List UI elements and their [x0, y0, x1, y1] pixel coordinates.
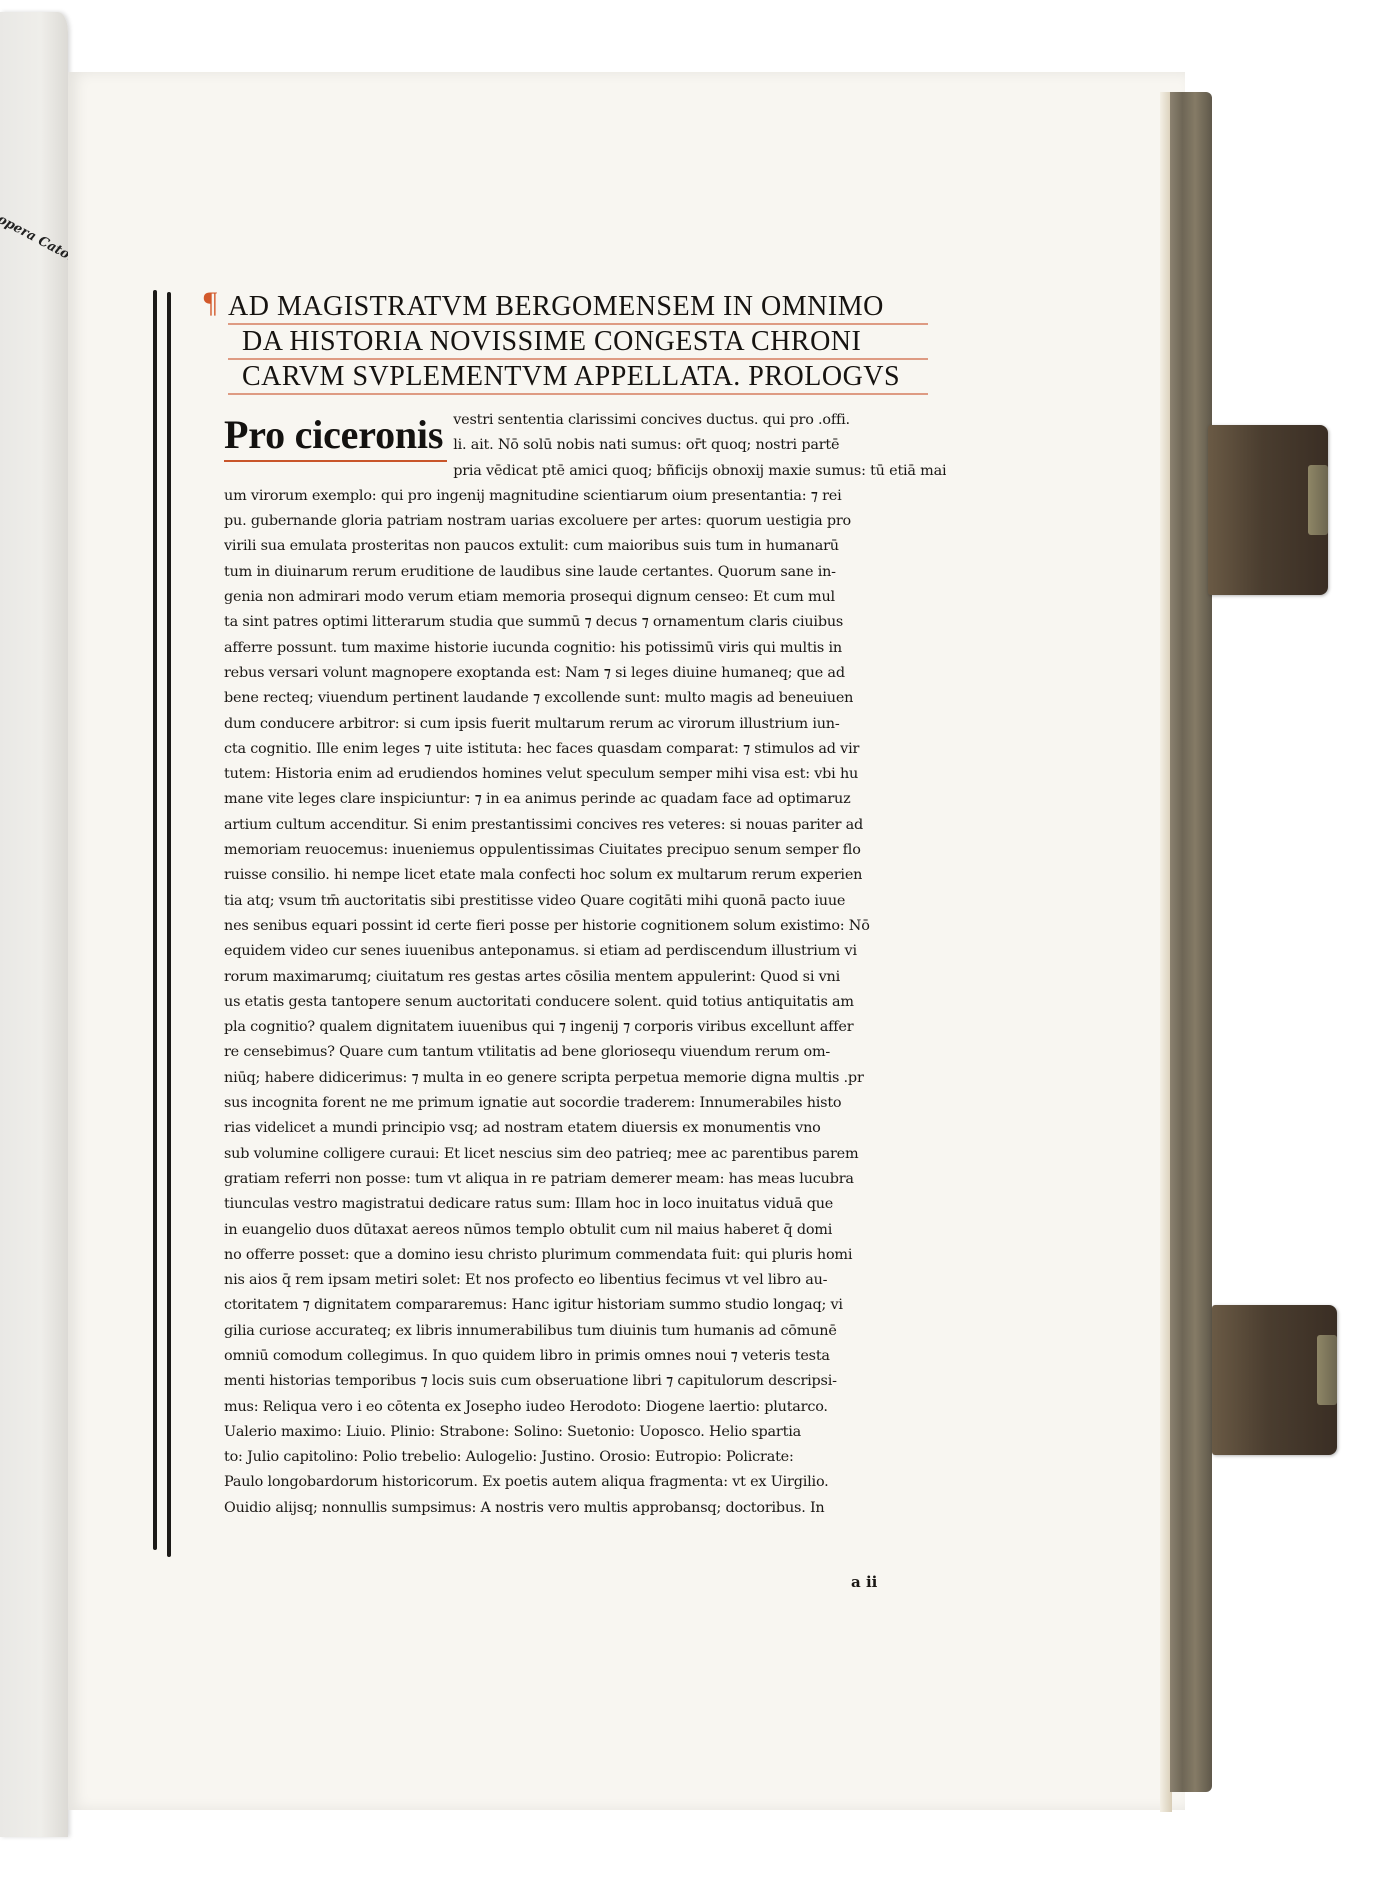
text-line: sub volumine colligere curaui: Et licet … — [224, 1142, 946, 1167]
text-line: niūq; habere didicerimus: ⁊ multa in eo … — [224, 1066, 946, 1091]
text-line: tutem: Historia enim ad erudiendos homin… — [224, 762, 946, 787]
margin-rule-left — [153, 290, 157, 1550]
text-line: tiunculas vestro magistratui dedicare ra… — [224, 1192, 946, 1217]
text-line: li. ait. Nō solū nobis nati sumus: or̄t … — [453, 433, 946, 458]
text-line: mus: Reliqua vero i eo cōtenta ex Joseph… — [224, 1395, 946, 1420]
text-line: us etatis gesta tantopere senum auctorit… — [224, 990, 946, 1015]
text-line: pu. gubernande gloria patriam nostram ua… — [224, 509, 946, 534]
text-line: cta cognitio. Ille enim leges ⁊ uite ist… — [224, 737, 946, 762]
text-line: dum conducere arbitror: si cum ipsis fue… — [224, 712, 946, 737]
text-line: Paulo longobardorum historicorum. Ex poe… — [224, 1470, 946, 1495]
text-line: vestri sententia clarissimi concives duc… — [453, 408, 946, 433]
text-line: afferre possunt. tum maxime historie iuc… — [224, 636, 946, 661]
text-line: rias videlicet a mundi principio vsq; ad… — [224, 1116, 946, 1141]
prologue-body: Pro ciceronis vestri sententia clarissim… — [224, 408, 946, 1521]
text-line: in euangelio duos dūtaxat aereos nūmos t… — [224, 1218, 946, 1243]
text-line: Ouidio alijsq; nonnullis sumpsimus: A no… — [224, 1496, 946, 1521]
text-line: Ualerio maximo: Liuio. Plinio: Strabone:… — [224, 1420, 946, 1445]
clasp-bottom — [1212, 1305, 1337, 1455]
text-line: gratiam referri non posse: tum vt aliqua… — [224, 1167, 946, 1192]
heading-line: AD MAGISTRATVM BERGOMENSEM IN OMNIMO — [228, 290, 928, 325]
text-line: equidem video cur senes iuuenibus antepo… — [224, 939, 946, 964]
heading-line: DA HISTORIA NOVISSIME CONGESTA CHRONI — [228, 325, 928, 360]
text-line: genia non admirari modo verum etiam memo… — [224, 585, 946, 610]
text-line: bene recteq; viuendum pertinent laudande… — [224, 686, 946, 711]
text-line: no offerre posset: que a domino iesu chr… — [224, 1243, 946, 1268]
text-line: rebus versari volunt magnopere exoptanda… — [224, 661, 946, 686]
signature-mark: a ii — [851, 1573, 877, 1591]
text-line: nes senibus equari possint id certe fier… — [224, 914, 946, 939]
text-line: tia atq; vsum tm̄ auctoritatis sibi pres… — [224, 889, 946, 914]
text-line: ctoritatem ⁊ dignitatem compararemus: Ha… — [224, 1293, 946, 1318]
clasp-catch-icon — [1317, 1335, 1337, 1405]
text-line: ruisse consilio. hi nempe licet etate ma… — [224, 863, 946, 888]
text-line: sus incognita forent ne me primum ignati… — [224, 1091, 946, 1116]
text-line: virili sua emulata prosteritas non pauco… — [224, 534, 946, 559]
text-line: rorum maximarumq; ciuitatum res gestas a… — [224, 965, 946, 990]
heading-line: CARVM SVPLEMENTVM APPELLATA. PROLOGVS — [228, 360, 928, 395]
decorated-initial: Pro ciceronis — [224, 410, 447, 462]
pilcrow-icon: ¶ — [202, 286, 218, 319]
book-fore-edge — [1170, 92, 1212, 1792]
text-line: memoriam reuocemus: inueniemus oppulenti… — [224, 838, 946, 863]
text-line: menti historias temporibus ⁊ locis suis … — [224, 1369, 946, 1394]
text-line: um virorum exemplo: qui pro ingenij magn… — [224, 484, 946, 509]
text-line: to: Julio capitolino: Polio trebelio: Au… — [224, 1445, 946, 1470]
text-line: nis aios q̄ rem ipsam metiri solet: Et n… — [224, 1268, 946, 1293]
clasp-top — [1208, 425, 1328, 595]
facing-left-page: opera Catone, — [0, 12, 68, 1837]
text-line: omniū comodum collegimus. In quo quidem … — [224, 1344, 946, 1369]
text-line: re censebimus? Quare cum tantum vtilitat… — [224, 1040, 946, 1065]
text-line: pla cognitio? qualem dignitatem iuuenibu… — [224, 1015, 946, 1040]
text-line: mane vite leges clare inspiciuntur: ⁊ in… — [224, 787, 946, 812]
text-line: pria vēdicat ptē amici quoq; bñficijs ob… — [453, 459, 946, 484]
text-line: gilia curiose accurateq; ex libris innum… — [224, 1319, 946, 1344]
text-line: tum in diuinarum rerum eruditione de lau… — [224, 560, 946, 585]
prologue-heading: ¶ AD MAGISTRATVM BERGOMENSEM IN OMNIMO D… — [228, 290, 928, 395]
text-line: artium cultum accenditur. Si enim presta… — [224, 813, 946, 838]
margin-rule-right — [167, 292, 171, 1557]
clasp-catch-icon — [1308, 465, 1328, 535]
text-line: ta sint patres optimi litterarum studia … — [224, 610, 946, 635]
